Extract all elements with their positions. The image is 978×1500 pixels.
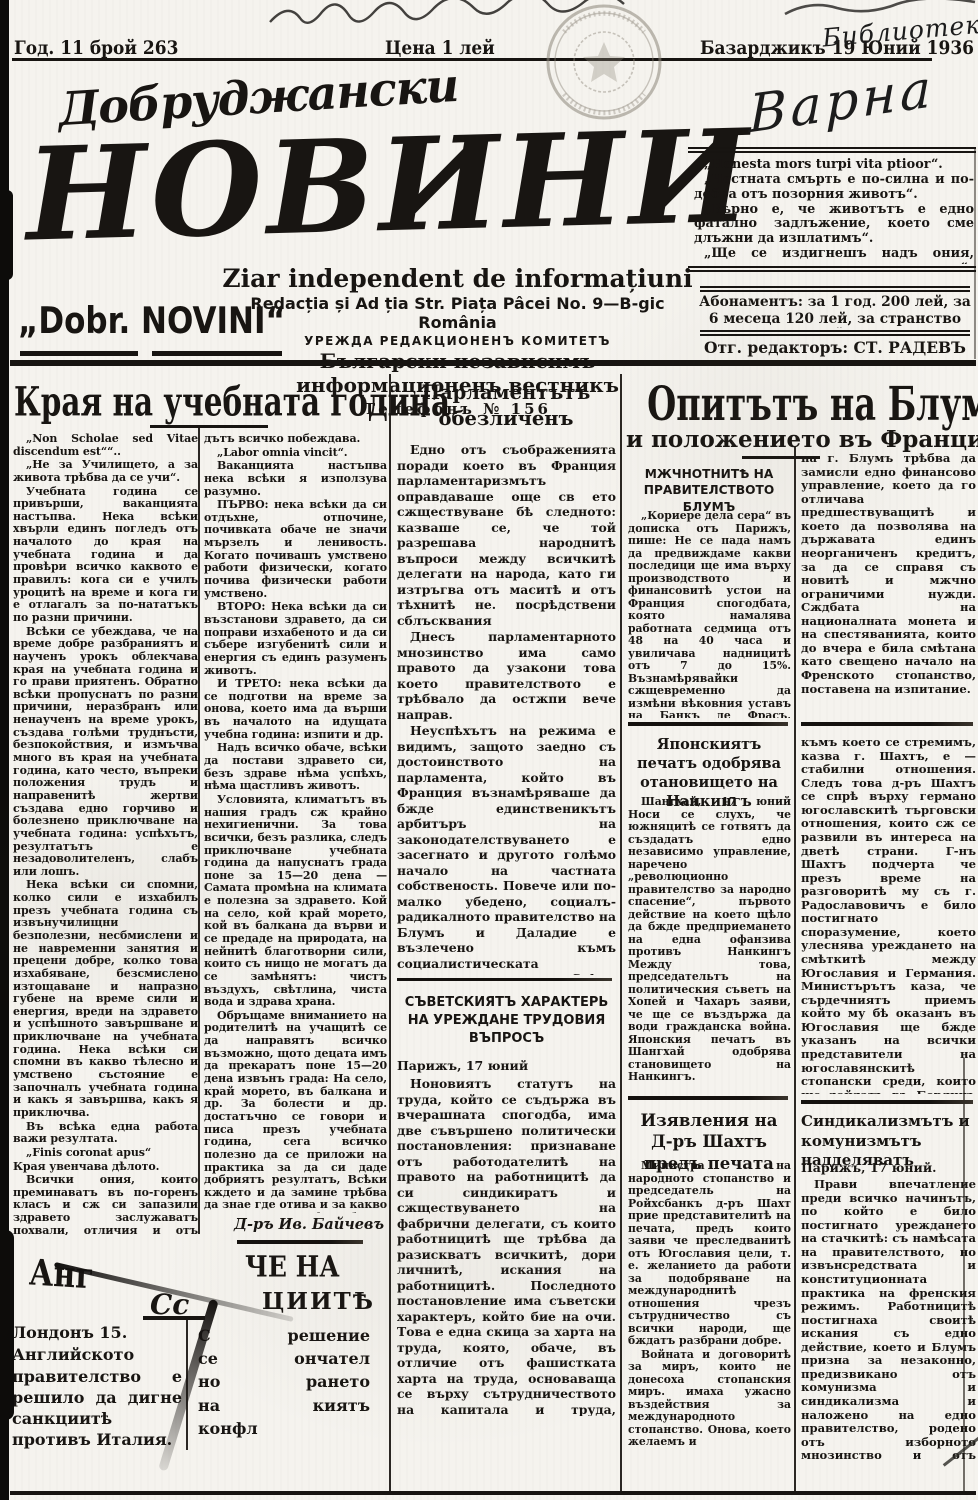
subscription-info: Абонаментъ: за 1 год. 200 лей, за 6 месе…	[698, 294, 972, 328]
torn-headline-che-na: ЧЕ НА	[245, 1250, 340, 1283]
article5-subheadline: и положението въ Франция	[626, 426, 978, 453]
paragraph: Обръщаме вниманието на родителитѣ на уча…	[204, 1010, 387, 1213]
torn-text-fragment: рането	[280, 1370, 370, 1393]
paragraph: „Labor omnia vincit“.	[204, 447, 387, 460]
newspaper-page: Библиотека Варна Год. 11 брой 263 Цена 1…	[0, 0, 978, 1500]
page-bottom-rule	[10, 1491, 976, 1495]
article1-signature: Д-ръ Ив. Байчевъ	[204, 1216, 384, 1233]
paragraph: Въ всѣка една работа важи резултата.	[13, 1121, 198, 1146]
article5-headline: Опитътъ на Блумъ	[647, 376, 957, 431]
motto-rule-top-a	[688, 147, 976, 149]
paragraph: на г. Блумъ трѣбва да замисли едно финан…	[801, 452, 976, 696]
right-divider-2b	[801, 1100, 973, 1104]
topbar-rule	[12, 58, 932, 61]
column-rule-left-mid	[389, 374, 391, 1492]
right-divider-1b	[801, 722, 973, 726]
torn-text-fragment: се	[198, 1347, 278, 1370]
masthead-committee: УРЕЖДА РЕДАКЦИОНЕНЪ КОМИТЕТЪ	[215, 334, 700, 348]
paragraph: Министра на народното стопанство и предс…	[628, 1160, 791, 1348]
article1-headline: Края на учебната година	[14, 378, 450, 426]
motto-line: „Honesta mors turpi vita ptioor“.	[694, 158, 974, 173]
article3-headline: Парламентътъ обезличенъ	[394, 380, 618, 433]
paragraph: Нека всѣки си спомни, колко сили е изхаб…	[13, 879, 198, 1119]
paragraph: ВТОРО: Нека всѣки да си възстанови здрав…	[204, 601, 387, 677]
motto-line: „Честната смърть е по-силна и по-добра о…	[694, 173, 974, 203]
torn-text-fragment: конфл	[198, 1417, 278, 1440]
subscription-rule-bottom-a	[700, 330, 970, 332]
paragraph: Неуспѣхътъ на режима е видимъ, защото за…	[397, 723, 616, 975]
paragraph: Едно отъ съображенията поради което въ Ф…	[397, 442, 616, 628]
paragraph: „Finis coronat apus“	[13, 1147, 198, 1160]
paragraph: Лондонъ 15.	[12, 1322, 182, 1343]
paragraph: Войната и договоритѣ за миръ, които не д…	[628, 1349, 791, 1448]
paragraph: Прави впечатление преди всичко начинътъ,…	[801, 1178, 976, 1460]
paragraph: „Не за Училището, а за живота трѣбва да …	[13, 459, 198, 484]
motto-line: „Ще се издигнешъ надъ ония, които псуват…	[694, 247, 974, 264]
bottomleft-column-2: С се но на конфл	[198, 1324, 278, 1440]
torn-headline-fragment-ang: Анг	[28, 1252, 95, 1298]
paragraph: „Кориере дела сера“ въ дописка отъ Париж…	[628, 510, 791, 718]
paragraph: Ваканцията настъпва нека всѣки я използу…	[204, 460, 387, 498]
masthead-main-title: НОВИНИ	[24, 113, 755, 260]
right-divider-1a	[628, 722, 788, 726]
torn-headline-ciite: ЦИИТѢ	[262, 1288, 375, 1315]
paragraph: Днесъ парламентарното мнозинство има сам…	[397, 629, 616, 722]
paragraph: Всѣки се убеждава, че на време добре раз…	[13, 626, 198, 879]
handwriting-varna: Варна	[749, 59, 935, 146]
article1-headline-underline	[150, 425, 268, 428]
motto-line: „Вѣрно е, че животътъ е едно фатално зад…	[694, 203, 974, 248]
article4-dateline: Парижъ, 17 юний	[397, 1058, 528, 1073]
paragraph: дътъ всичко побеждава.	[204, 433, 387, 446]
article5-kicker: МЖЧНОТНИТѢ НА ПРАВИТЕЛСТВОТО БЛУМЪ	[628, 466, 790, 515]
article4-body: Ноновиятъ статутъ на труда, който се съд…	[397, 1076, 616, 1416]
masthead-main-rule	[10, 360, 976, 366]
paragraph: И ТРЕТО: нека всѣки да се подготви на вр…	[204, 678, 387, 741]
latin-title-bar-1	[20, 351, 138, 356]
paragraph: къмъ което се стремимъ, казва г. Шахтъ, …	[801, 736, 976, 1094]
subscription-rule-top-b	[700, 290, 970, 292]
article7-body: Министра на народното стопанство и предс…	[628, 1160, 791, 1448]
paragraph: Края увенчава дѣлото.	[13, 1161, 198, 1174]
column-rule-mid-right	[620, 374, 622, 1492]
motto-rule-bottom-b	[688, 270, 976, 272]
middle-divider	[397, 978, 612, 981]
article1-column-1: „Non Scholae sed Vitae discendum est““..…	[13, 433, 198, 1235]
article3-body: Едно отъ съображенията поради което въ Ф…	[397, 442, 616, 975]
torn-text-fragment: решение	[280, 1324, 370, 1347]
article4-headline: СЪВЕТСКИЯТЪ ХАРАКТЕРЬ НА УРЕЖДАНЕ ТРУДОВ…	[397, 994, 616, 1049]
torn-text-fragment: киятъ	[280, 1394, 370, 1417]
torn-headline-c-bar	[143, 1316, 205, 1320]
article6-body: Шангхай, 17 юний Носи се слухъ, че южняц…	[628, 796, 791, 1090]
motto-rule-bottom-a	[688, 266, 976, 268]
paragraph: ПЪРВО: нека всѣки да си отдъхне, отпочин…	[204, 499, 387, 600]
article8-body: къмъ което се стремимъ, казва г. Шахтъ, …	[801, 736, 976, 1094]
paragraph: Всички ония, които преминаватъ въ по-гор…	[13, 1174, 198, 1235]
article9-dateline: Парижъ, 17 юний.	[801, 1160, 936, 1175]
paragraph: Учебната година се привърши, ваканцията …	[13, 486, 198, 625]
issue-number: Год. 11 брой 263	[14, 38, 178, 60]
article9-body: Прави впечатление преди всичко начинътъ,…	[801, 1178, 976, 1460]
motto-rule-top-b	[688, 151, 976, 153]
right-divider-2a	[628, 1096, 788, 1100]
torn-text-fragment: ончател	[280, 1347, 370, 1370]
motto-box: „Honesta mors turpi vita ptioor“. „Честн…	[694, 158, 974, 264]
right-inner-rule	[794, 446, 796, 1492]
article1-inner-rule	[198, 428, 200, 1234]
subscription-rule-top-a	[700, 286, 970, 288]
paragraph: Английското правителство е решило да диг…	[12, 1344, 182, 1450]
article5-column-1: „Кориере дела сера“ въ дописка отъ Париж…	[628, 510, 791, 718]
editor-line: Отг. редакторъ: СТ. РАДЕВЪ	[698, 338, 972, 357]
bottomleft-column-1: Лондонъ 15. Английското правителство е р…	[12, 1322, 182, 1454]
paragraph: Условията, климатътъ въ нашия градъ сж к…	[204, 794, 387, 1009]
torn-text-fragment: но	[198, 1370, 278, 1393]
torn-text-fragment: на	[198, 1394, 278, 1417]
bottomleft-column-3: решение ончател рането киятъ	[280, 1324, 370, 1417]
paragraph: Ноновиятъ статутъ на труда, който се съд…	[397, 1076, 616, 1416]
scan-edge-blob-2	[0, 1230, 14, 1420]
subtitle-romanian: Ziar independent de informațiuni	[215, 264, 700, 293]
scan-edge-blob-1	[0, 190, 13, 280]
subscription-rule-bottom-b	[700, 334, 970, 336]
paragraph: Надъ всичко обаче, всѣки да постави здра…	[204, 742, 387, 793]
scan-edge-right-top	[974, 147, 976, 359]
article5-column-2: на г. Блумъ трѣбва да замисли едно финан…	[801, 452, 976, 717]
article1-column-2: дътъ всичко побеждава. „Labor omnia vinc…	[204, 433, 387, 1213]
paragraph: Шангхай, 17 юний Носи се слухъ, че южняц…	[628, 796, 791, 1084]
bottomleft-headline-bar	[237, 1240, 363, 1244]
masthead-address: Redacția și Ad ția Str. Piața Pâcei No. …	[215, 294, 700, 332]
paragraph: „Non Scholae sed Vitae discendum est““..	[13, 433, 198, 458]
